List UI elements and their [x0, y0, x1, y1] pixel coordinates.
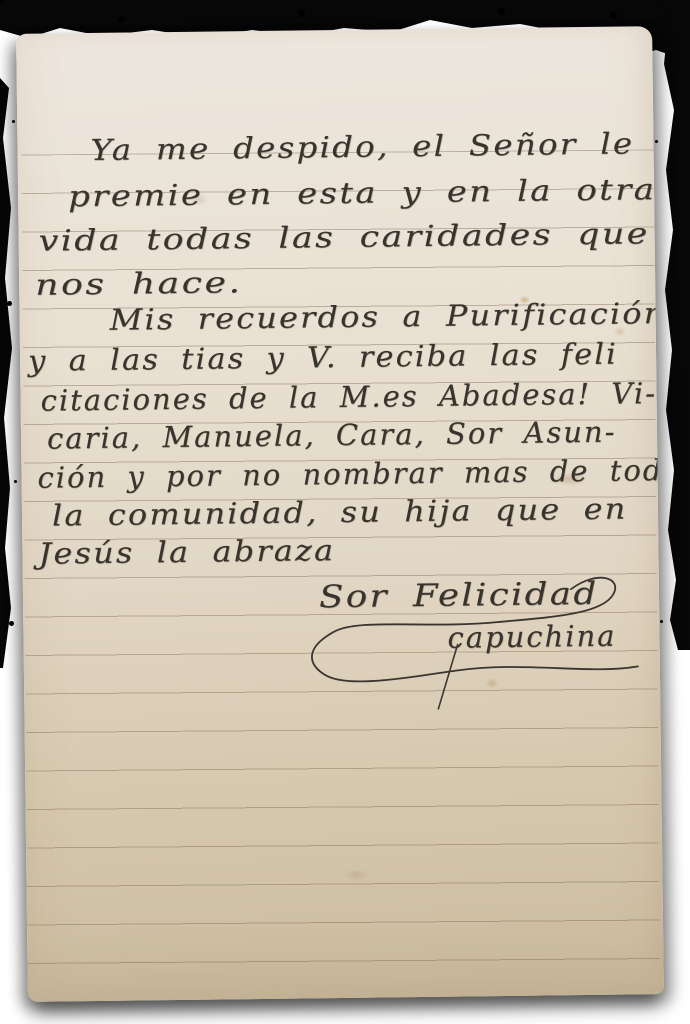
- letter-line: la comunidad, su hija que en: [52, 491, 628, 532]
- scan-speckle-dots: [0, 0, 3, 3]
- letter-line: Mis recuerdos a Purificación: [109, 296, 663, 337]
- letter-line: premie en esta y en la otra: [68, 172, 657, 213]
- letter-page: Ya me despido, el Señor le premie en est…: [16, 26, 664, 1002]
- letter-line: caria, Manuela, Cara, Sor Asun-: [47, 415, 617, 456]
- signature-title: capuchina: [447, 619, 616, 655]
- scan-noise-right-edge: [662, 0, 690, 650]
- letter-line: y a las tias y V. reciba las feli: [28, 337, 618, 378]
- signature-name: Sor Felicidad: [319, 577, 599, 614]
- letter-line: Ya me despido, el Señor le: [90, 126, 634, 167]
- letter-line: nos hace.: [35, 265, 243, 302]
- scanned-letter-photo: Ya me despido, el Señor le premie en est…: [0, 0, 690, 1024]
- scan-noise-left-edge: [0, 78, 14, 668]
